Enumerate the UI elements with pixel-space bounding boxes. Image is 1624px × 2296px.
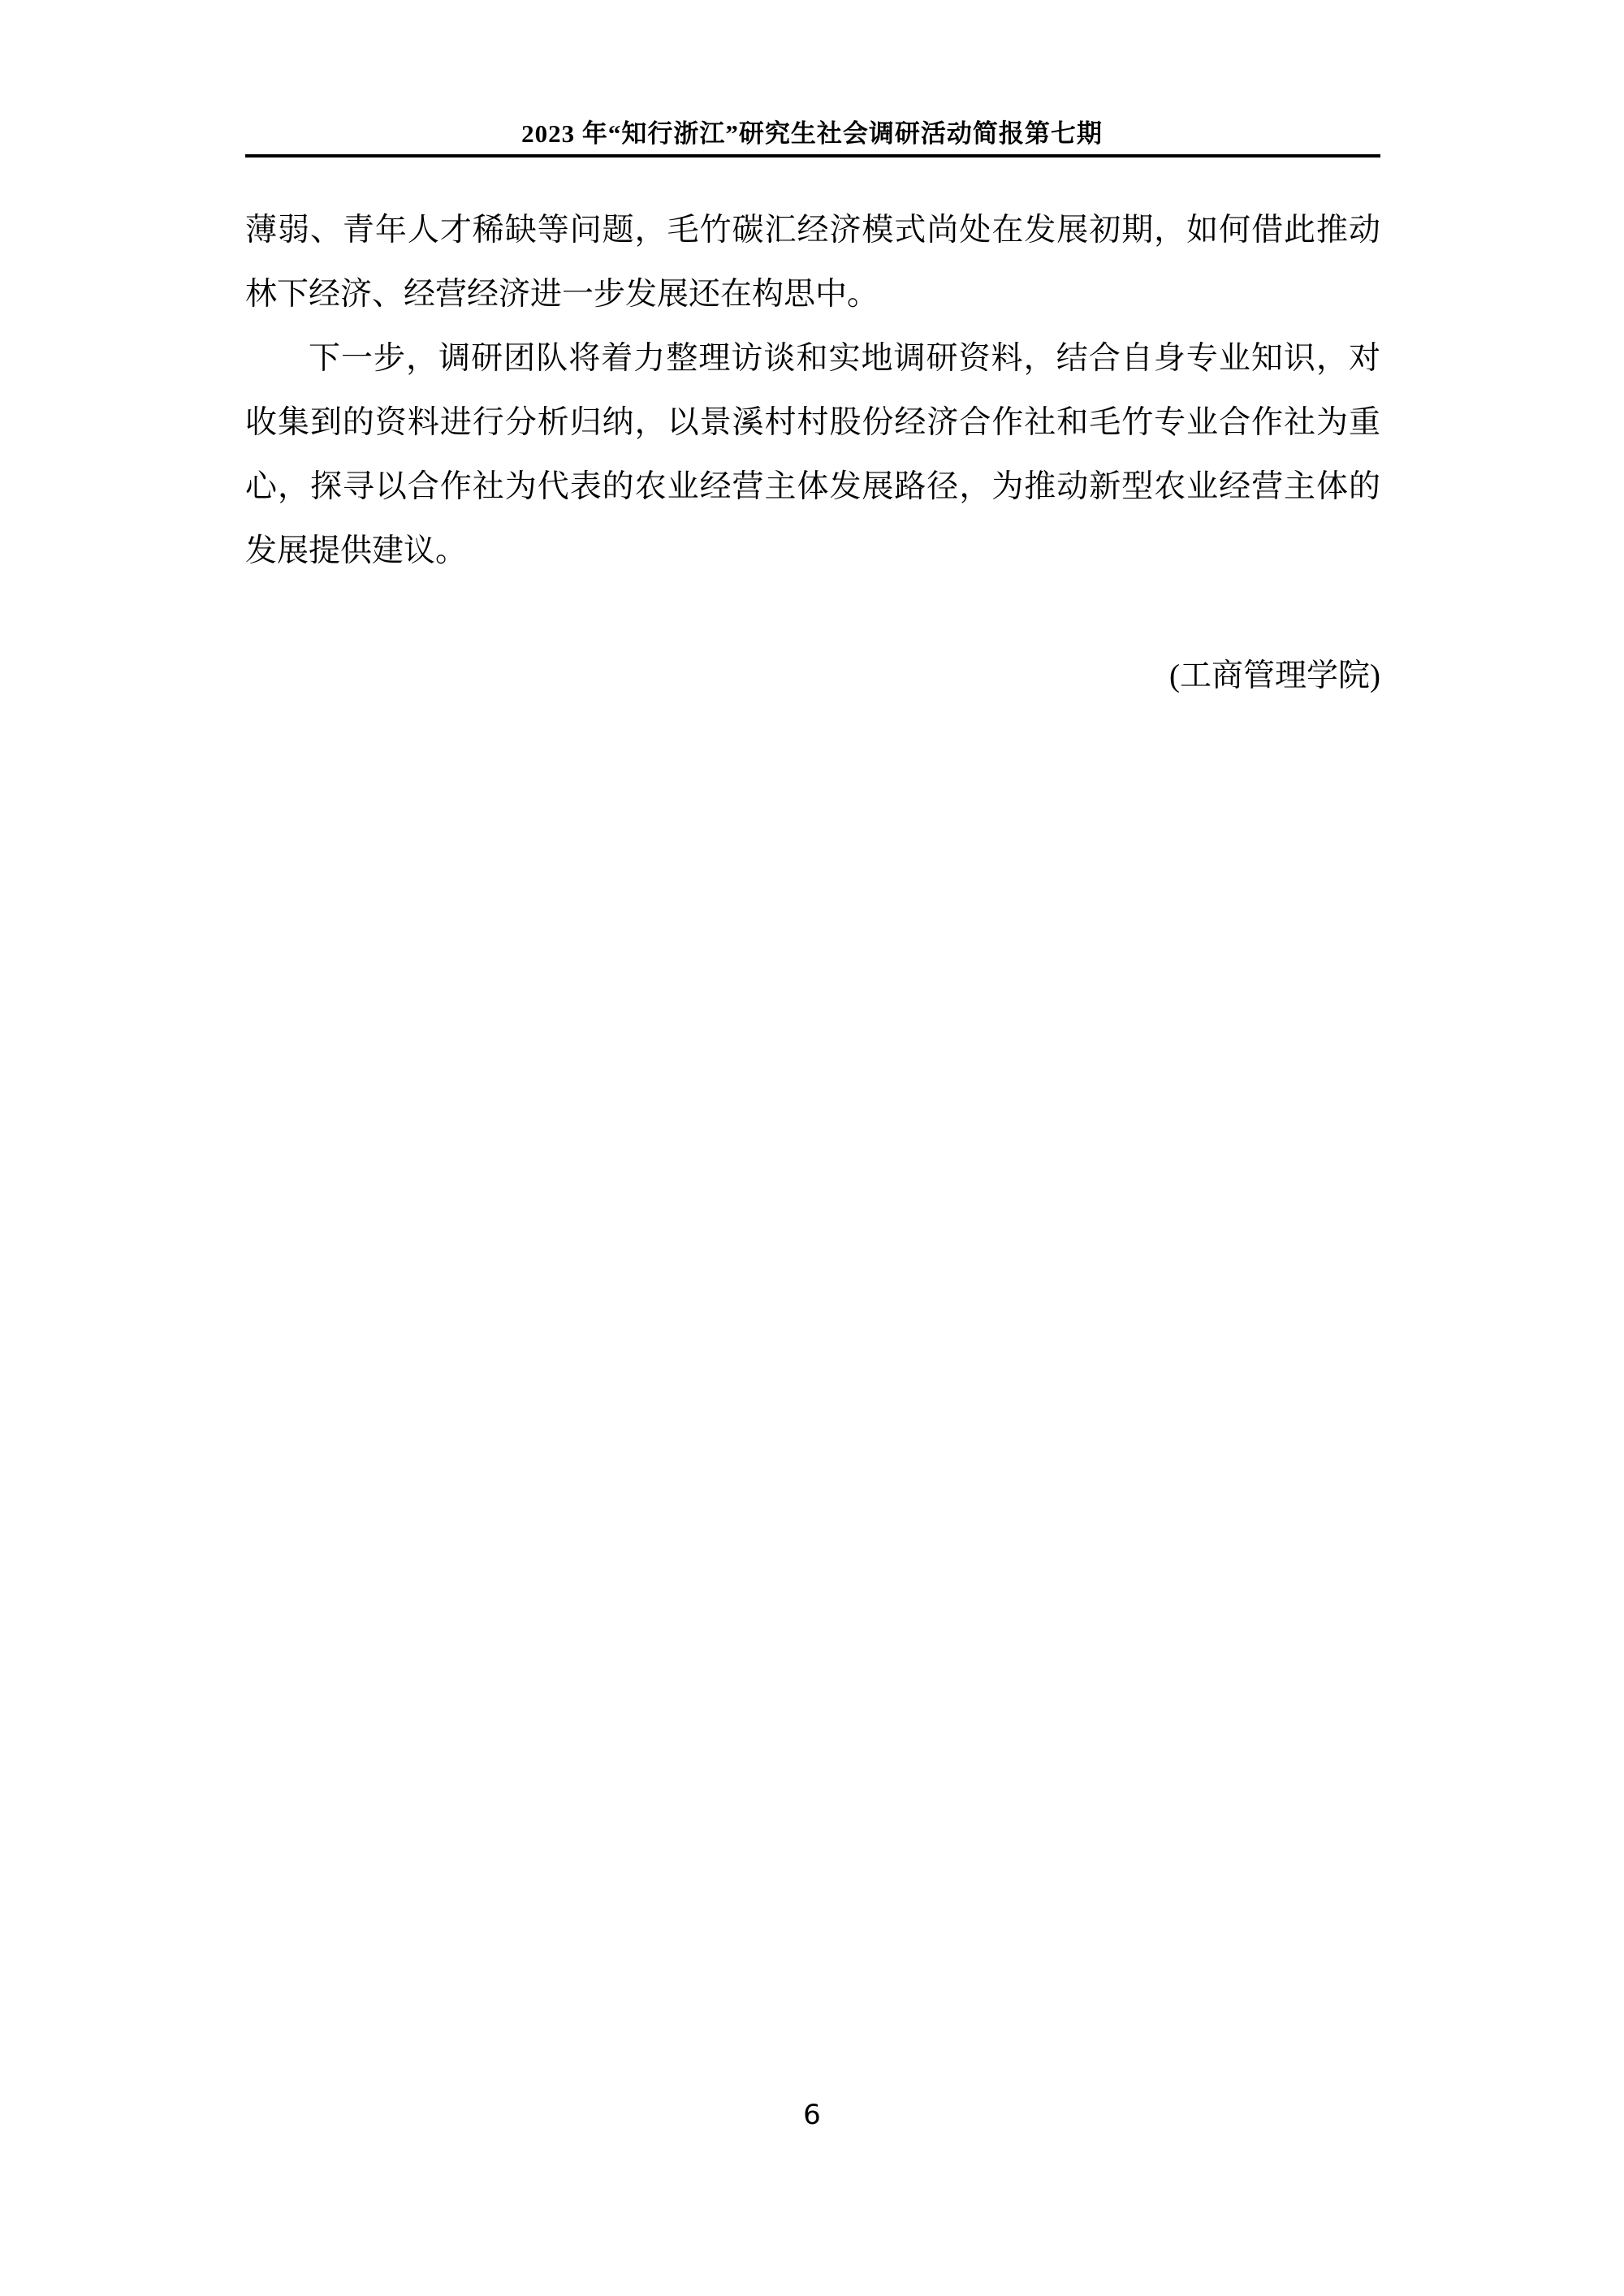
text-line: 下一步，调研团队将着力整理访谈和实地调研资料，结合自身专业知识，对 <box>245 326 1380 391</box>
paragraph: 薄弱、青年人才稀缺等问题，毛竹碳汇经济模式尚处在发展初期，如何借此推动 林下经济… <box>245 198 1380 326</box>
attribution-line: (工商管理学院) <box>245 644 1380 708</box>
text-line: 薄弱、青年人才稀缺等问题，毛竹碳汇经济模式尚处在发展初期，如何借此推动 <box>245 198 1380 262</box>
paragraph: 下一步，调研团队将着力整理访谈和实地调研资料，结合自身专业知识，对 收集到的资料… <box>245 326 1380 583</box>
text-line: 林下经济、经营经济进一步发展还在构思中。 <box>245 262 1380 326</box>
document-body: 薄弱、青年人才稀缺等问题，毛竹碳汇经济模式尚处在发展初期，如何借此推动 林下经济… <box>245 198 1380 708</box>
text-line: 心，探寻以合作社为代表的农业经营主体发展路径，为推动新型农业经营主体的 <box>245 455 1380 519</box>
page-header-title: 2023 年“知行浙江”研究生社会调研活动简报第七期 <box>244 114 1380 154</box>
header-divider <box>245 154 1380 158</box>
text-line: 收集到的资料进行分析归纳，以景溪村村股份经济合作社和毛竹专业合作社为重 <box>245 391 1380 455</box>
page-number: 6 <box>0 2099 1624 2131</box>
document-page: 2023 年“知行浙江”研究生社会调研活动简报第七期 薄弱、青年人才稀缺等问题，… <box>0 0 1624 2296</box>
text-line: 发展提供建议。 <box>245 519 1380 583</box>
